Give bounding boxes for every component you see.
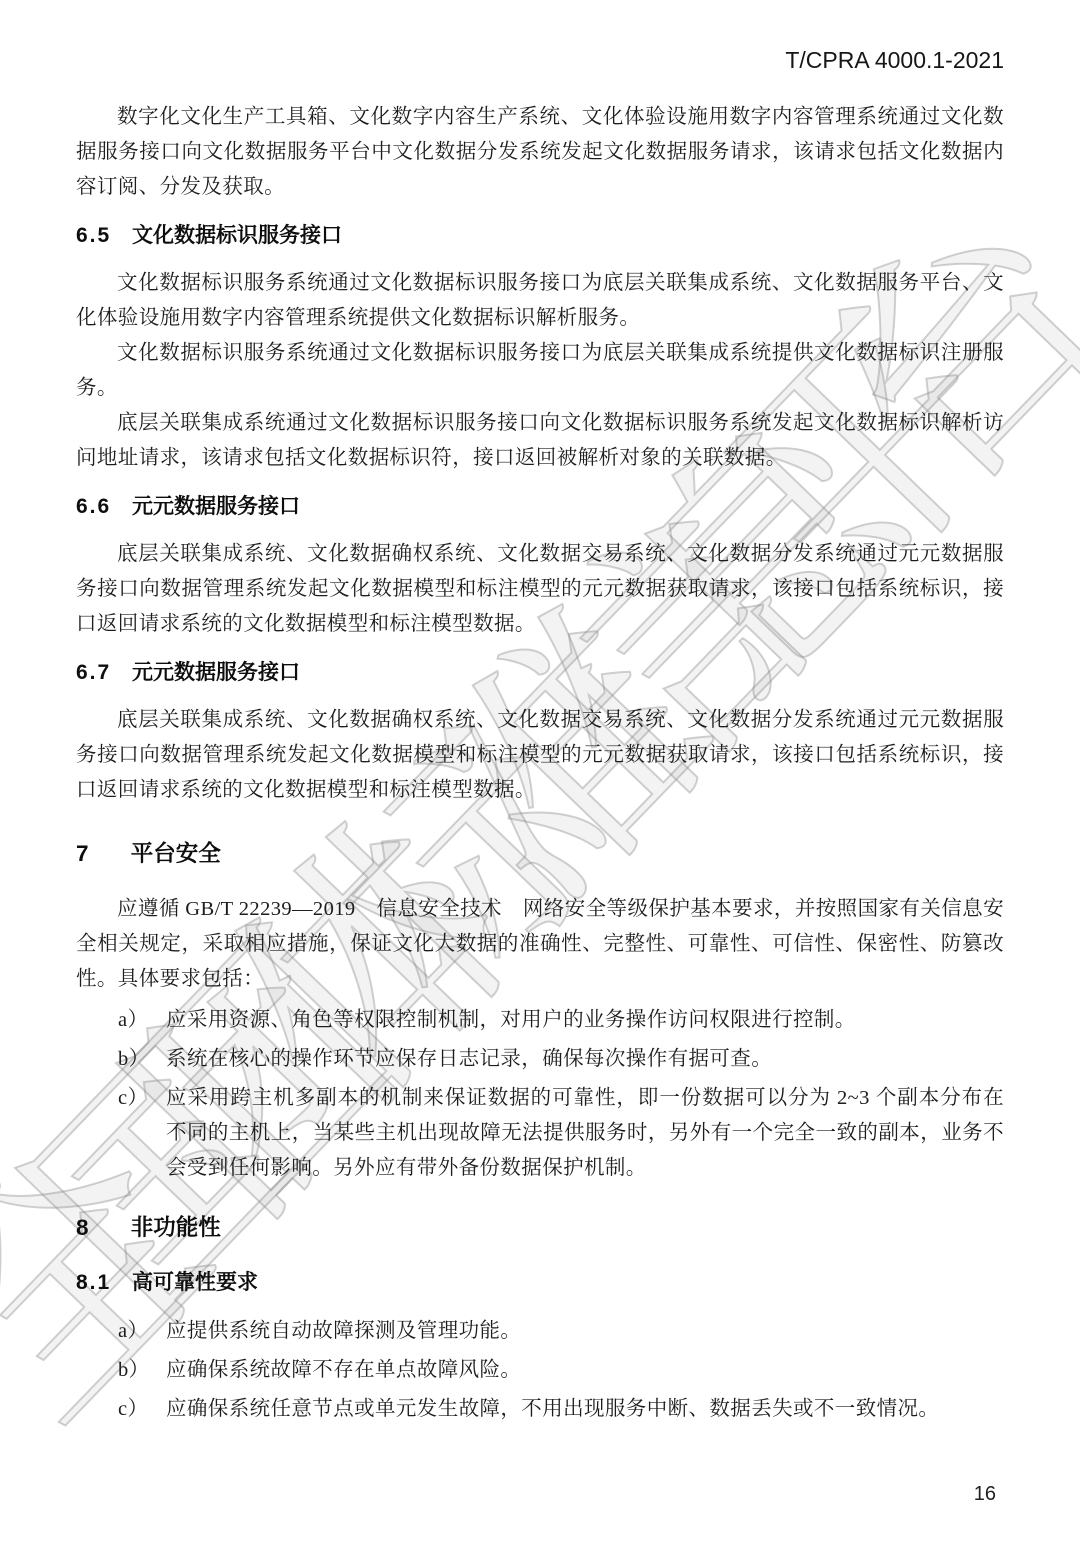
list-marker: b）: [118, 1353, 150, 1388]
list-item: c） 应采用跨主机多副本的机制来保证数据的可靠性，即一份数据可以分为 2~3 个…: [76, 1081, 1004, 1186]
paragraph-6-5-1: 文化数据标识服务系统通过文化数据标识服务接口为底层关联集成系统、文化数据服务平台…: [76, 266, 1004, 336]
heading-title: 元元数据服务接口: [132, 495, 300, 518]
list-item: b） 系统在核心的操作环节应保存日志记录，确保每次操作有据可查。: [76, 1042, 1004, 1077]
heading-title: 文化数据标识服务接口: [132, 224, 342, 247]
list-item: a） 应采用资源、角色等权限控制机制，对用户的业务操作访问权限进行控制。: [76, 1003, 1004, 1038]
list-text: 应确保系统任意节点或单元发生故障，不用出现服务中断、数据丢失或不一致情况。: [166, 1398, 939, 1420]
heading-6-7: 6.7 元元数据服务接口: [76, 658, 1004, 688]
document-page: 全国团体标准信息平台 T/CPRA 4000.1-2021 数字化文化生产工具箱…: [0, 0, 1080, 1561]
heading-6-6: 6.6 元元数据服务接口: [76, 492, 1004, 522]
list-text: 系统在核心的操作环节应保存日志记录，确保每次操作有据可查。: [166, 1048, 772, 1070]
heading-number: 6.6: [76, 495, 111, 518]
heading-number: 6.5: [76, 224, 111, 247]
heading-title: 平台安全: [131, 841, 221, 866]
heading-7: 7 平台安全: [76, 838, 1004, 870]
list-marker: c）: [118, 1392, 148, 1427]
list-text: 应采用资源、角色等权限控制机制，对用户的业务操作访问权限进行控制。: [166, 1009, 856, 1031]
list-marker: a）: [118, 1003, 148, 1038]
list-item: c） 应确保系统任意节点或单元发生故障，不用出现服务中断、数据丢失或不一致情况。: [76, 1392, 1004, 1427]
list-text: 应采用跨主机多副本的机制来保证数据的可靠性，即一份数据可以分为 2~3 个副本分…: [166, 1087, 1004, 1179]
heading-8: 8 非功能性: [76, 1212, 1004, 1244]
paragraph-intro: 数字化文化生产工具箱、文化数字内容生产系统、文化体验设施用数字内容管理系统通过文…: [76, 100, 1004, 205]
list-marker: a）: [118, 1314, 148, 1349]
document-header: T/CPRA 4000.1-2021: [76, 46, 1004, 74]
security-requirements-list: a） 应采用资源、角色等权限控制机制，对用户的业务操作访问权限进行控制。 b） …: [76, 1003, 1004, 1186]
reliability-requirements-list: a） 应提供系统自动故障探测及管理功能。 b） 应确保系统故障不存在单点故障风险…: [76, 1314, 1004, 1427]
paragraph-6-6-1: 底层关联集成系统、文化数据确权系统、文化数据交易系统、文化数据分发系统通过元元数…: [76, 537, 1004, 642]
page-number: 16: [974, 1483, 996, 1505]
paragraph-7-1: 应遵循 GB/T 22239—2019 信息安全技术 网络安全等级保护基本要求，…: [76, 892, 1004, 997]
list-item: b） 应确保系统故障不存在单点故障风险。: [76, 1353, 1004, 1388]
heading-8-1: 8.1 高可靠性要求: [76, 1268, 1004, 1298]
list-text: 应提供系统自动故障探测及管理功能。: [166, 1320, 521, 1342]
list-marker: b）: [118, 1042, 150, 1077]
heading-number: 8.1: [76, 1271, 111, 1294]
heading-title: 元元数据服务接口: [132, 661, 300, 684]
heading-number: 8: [76, 1215, 89, 1240]
list-text: 应确保系统故障不存在单点故障风险。: [166, 1359, 521, 1381]
heading-6-5: 6.5 文化数据标识服务接口: [76, 221, 1004, 251]
list-marker: c）: [118, 1081, 148, 1116]
list-item: a） 应提供系统自动故障探测及管理功能。: [76, 1314, 1004, 1349]
heading-title: 非功能性: [131, 1215, 221, 1240]
standard-number: T/CPRA 4000.1-2021: [785, 47, 1004, 73]
paragraph-6-5-3: 底层关联集成系统通过文化数据标识服务接口向文化数据标识服务系统发起文化数据标识解…: [76, 406, 1004, 476]
page-footer: 16: [974, 1483, 996, 1506]
heading-number: 7: [76, 841, 89, 866]
paragraph-6-5-2: 文化数据标识服务系统通过文化数据标识服务接口为底层关联集成系统提供文化数据标识注…: [76, 336, 1004, 406]
heading-title: 高可靠性要求: [132, 1271, 258, 1294]
paragraph-6-7-1: 底层关联集成系统、文化数据确权系统、文化数据交易系统、文化数据分发系统通过元元数…: [76, 703, 1004, 808]
heading-number: 6.7: [76, 661, 111, 684]
page-content: T/CPRA 4000.1-2021 数字化文化生产工具箱、文化数字内容生产系统…: [76, 46, 1004, 1427]
